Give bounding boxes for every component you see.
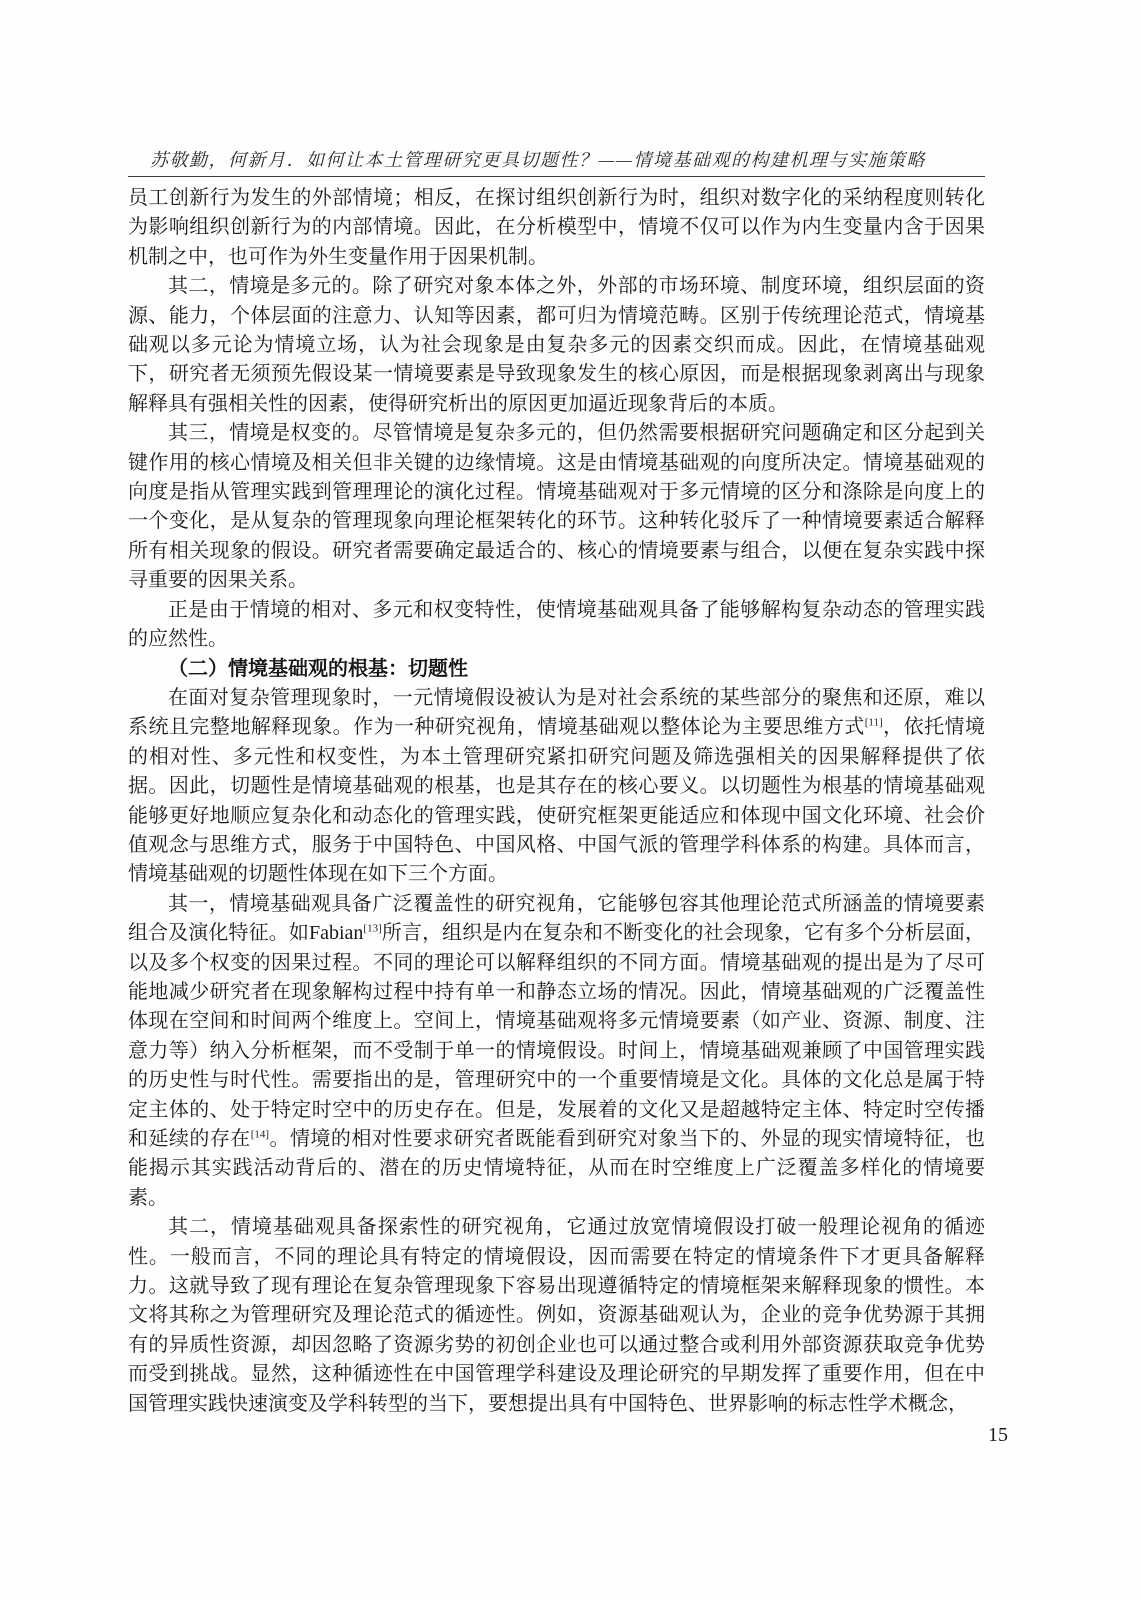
paragraph: 在面对复杂管理现象时，一元情境假设被认为是对社会系统的某些部分的聚焦和还原，难以… (128, 684, 985, 890)
running-header: 苏敬勤，何新月．如何让本土管理研究更具切题性？——情境基础观的构建机理与实施策略 (150, 146, 986, 172)
paragraph: 其二，情境基础观具备探索性的研究视角，它通过放宽情境假设打破一般理论视角的循迹性… (128, 1213, 985, 1419)
page-number: 15 (988, 1424, 1008, 1447)
citation-marker: [14] (251, 1128, 269, 1140)
citation-marker: [13] (363, 923, 381, 935)
paragraph: 正是由于情境的相对、多元和权变特性，使情境基础观具备了能够解构复杂动态的管理实践… (128, 596, 985, 655)
paragraph: 员工创新行为发生的外部情境；相反，在探讨组织创新行为时，组织对数字化的采纳程度则… (128, 184, 985, 272)
article-body: 员工创新行为发生的外部情境；相反，在探讨组织创新行为时，组织对数字化的采纳程度则… (128, 184, 985, 1419)
paragraph: 其二，情境是多元的。除了研究对象本体之外，外部的市场环境、制度环境，组织层面的资… (128, 272, 985, 419)
header-rule (128, 176, 985, 177)
citation-marker: [11] (865, 717, 883, 729)
section-heading: （二）情境基础观的根基：切题性 (128, 655, 985, 684)
paragraph: 其一，情境基础观具备广泛覆盖性的研究视角，它能够包容其他理论范式所涵盖的情境要素… (128, 890, 985, 1213)
paper-page: 苏敬勤，何新月．如何让本土管理研究更具切题性？——情境基础观的构建机理与实施策略… (0, 0, 1140, 1600)
paragraph: 其三，情境是权变的。尽管情境是复杂多元的，但仍然需要根据研究问题确定和区分起到关… (128, 419, 985, 595)
